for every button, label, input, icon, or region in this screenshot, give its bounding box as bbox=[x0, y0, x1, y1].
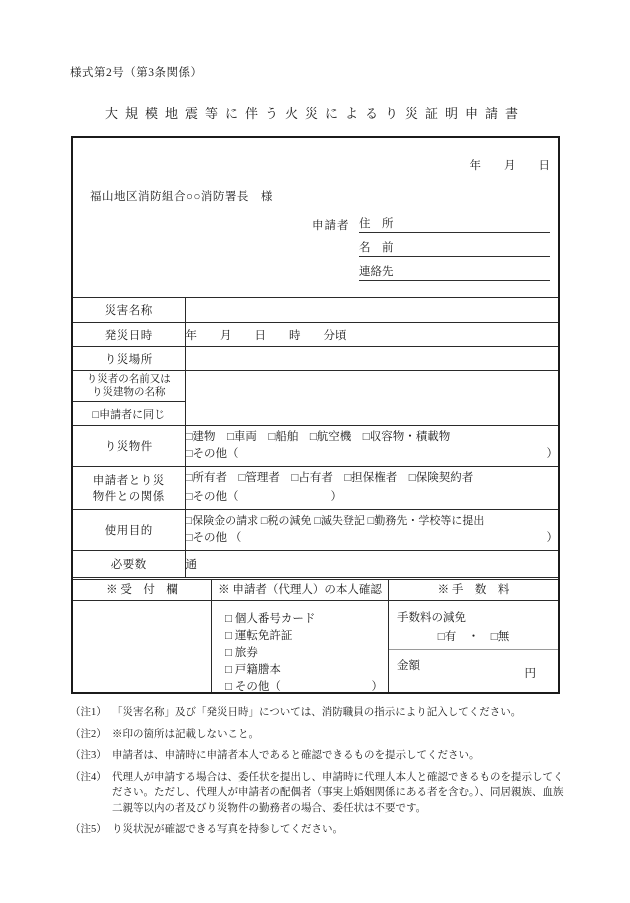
note-3: （注3） 申請者は、申請時に申請者本人であると確認できるものを提示してください。 bbox=[70, 748, 570, 764]
victim-name-label-line2: り災建物の名称 bbox=[73, 386, 185, 399]
purpose-options: □保険金の請求 □税の減免 □滅失登記 □勤務先・学校等に提出 bbox=[186, 513, 559, 530]
note-5-text: り災状況が確認できる写真を持参してください。 bbox=[112, 822, 570, 838]
disaster-name-value bbox=[185, 298, 558, 323]
address-label: 住 所 bbox=[359, 218, 394, 230]
date-line: 年 月 日 bbox=[470, 157, 551, 173]
note-3-number: （注3） bbox=[70, 748, 112, 764]
purpose-other-close: ） bbox=[547, 530, 559, 547]
reception-header: ※ 受 付 欄 bbox=[73, 580, 211, 601]
form-number: 様式第2号（第3条関係） bbox=[70, 64, 203, 80]
addressee: 福山地区消防組合○○消防署長 様 bbox=[90, 188, 273, 204]
name-label: 名 前 bbox=[359, 242, 394, 254]
identity-item-family-register: □ 戸籍謄本 bbox=[225, 662, 388, 679]
disaster-place-value bbox=[185, 347, 558, 371]
note-3-text: 申請者は、申請時に申請者本人であると確認できるものを提示してください。 bbox=[112, 748, 570, 764]
identity-item-mynumber-card: □ 個人番号カード bbox=[225, 611, 388, 628]
fee-amount-cell: 金額 円 bbox=[389, 650, 558, 692]
applicant-address-line: 住 所 bbox=[359, 215, 550, 233]
identity-item-passport: □ 旅券 bbox=[225, 645, 388, 662]
fee-cell: 手数料の減免 □有 ・ □無 金額 円 bbox=[389, 601, 558, 692]
relationship-value: □所有者 □管理者 □占有者 □担保権者 □保険契約者 □その他（ ） bbox=[185, 467, 558, 510]
row-label-disaster-name: 災害名称 bbox=[73, 298, 185, 323]
identity-other-label: □ その他（ bbox=[225, 679, 281, 696]
applicant-contact-line: 連絡先 bbox=[359, 263, 550, 281]
identity-item-other: □ その他（ ） bbox=[225, 679, 383, 696]
note-4: （注4） 代理人が申請する場合は、委任状を提出し、申請時に代理人本人と確認できる… bbox=[70, 770, 570, 817]
fee-waiver-label: 手数料の減免 bbox=[397, 609, 550, 625]
contact-label: 連絡先 bbox=[359, 266, 394, 278]
reception-field bbox=[73, 601, 211, 692]
relationship-other-label: □その他（ ） bbox=[186, 488, 559, 507]
notes-section: （注1） 「災害名称」及び「発災日時」については、消防職員の指示により記入してく… bbox=[70, 705, 570, 844]
note-1: （注1） 「災害名称」及び「発災日時」については、消防職員の指示により記入してく… bbox=[70, 705, 570, 721]
damaged-property-other-close: ） bbox=[547, 446, 559, 463]
fee-waiver-options: □有 ・ □無 bbox=[397, 628, 550, 644]
identity-check-list: □ 個人番号カード □ 運転免許証 □ 旅券 □ 戸籍謄本 □ その他（ ） bbox=[212, 601, 388, 696]
note-1-number: （注1） bbox=[70, 705, 112, 721]
fee-column: ※ 手 数 料 手数料の減免 □有 ・ □無 金額 円 bbox=[388, 580, 558, 692]
identity-other-close: ） bbox=[372, 679, 384, 696]
damaged-property-other-label: □その他（ bbox=[186, 446, 239, 463]
row-label-damaged-property: り災物件 bbox=[73, 426, 185, 467]
note-4-number: （注4） bbox=[70, 770, 112, 817]
note-4-text: 代理人が申請する場合は、委任状を提出し、申請時に代理人本人と確認できるものを提示… bbox=[112, 770, 570, 817]
note-5: （注5） り災状況が確認できる写真を持参してください。 bbox=[70, 822, 570, 838]
same-as-applicant-checkbox-label: □申請者に同じ bbox=[92, 409, 165, 421]
relationship-options: □所有者 □管理者 □占有者 □担保権者 □保険契約者 bbox=[186, 469, 559, 488]
application-form-box: 年 月 日 福山地区消防組合○○消防署長 様 申請者 住 所 名 前 連絡先 災… bbox=[71, 136, 560, 694]
row-label-outbreak-datetime: 発災日時 bbox=[73, 323, 185, 347]
row-label-relationship: 申請者とり災 物件との関係 bbox=[73, 467, 185, 510]
identity-item-drivers-license: □ 運転免許証 bbox=[225, 628, 388, 645]
damaged-property-options: □建物 □車両 □船舶 □航空機 □収容物・積載物 bbox=[186, 429, 559, 446]
note-2-text: ※印の箇所は記載しないこと。 bbox=[112, 727, 570, 743]
fee-header: ※ 手 数 料 bbox=[389, 580, 558, 601]
relationship-label-line2: 物件との関係 bbox=[73, 488, 185, 504]
note-1-text: 「災害名称」及び「発災日時」については、消防職員の指示により記入してください。 bbox=[112, 705, 570, 721]
row-label-disaster-place: り災場所 bbox=[73, 347, 185, 371]
row-label-copies-needed: 必要数 bbox=[73, 551, 185, 578]
reception-column: ※ 受 付 欄 bbox=[73, 580, 211, 692]
office-use-section: ※ 受 付 欄 ※ 申請者（代理人）の本人確認 □ 個人番号カード □ 運転免許… bbox=[73, 579, 558, 692]
purpose-value: □保険金の請求 □税の減免 □滅失登記 □勤務先・学校等に提出 □その他 （ ） bbox=[185, 510, 558, 551]
identity-check-column: ※ 申請者（代理人）の本人確認 □ 個人番号カード □ 運転免許証 □ 旅券 □… bbox=[211, 580, 388, 692]
page-title: 大規模地震等に伴う火災によるり災証明申請書 bbox=[0, 103, 630, 122]
document-page: 様式第2号（第3条関係） 大規模地震等に伴う火災によるり災証明申請書 年 月 日… bbox=[0, 0, 630, 903]
row-label-same-as-applicant: □申請者に同じ bbox=[73, 402, 185, 426]
applicant-name-line: 名 前 bbox=[359, 239, 550, 257]
fee-waiver-cell: 手数料の減免 □有 ・ □無 bbox=[389, 601, 558, 650]
fee-amount-unit: 円 bbox=[525, 665, 537, 681]
row-label-victim-name: り災者の名前又は り災建物の名称 bbox=[73, 371, 185, 402]
victim-name-value bbox=[185, 371, 558, 426]
note-5-number: （注5） bbox=[70, 822, 112, 838]
identity-check-header: ※ 申請者（代理人）の本人確認 bbox=[212, 580, 388, 601]
row-label-purpose: 使用目的 bbox=[73, 510, 185, 551]
outbreak-datetime-value: 年 月 日 時 分頃 bbox=[185, 323, 558, 347]
applicant-label: 申請者 bbox=[312, 217, 350, 233]
purpose-other-label: □その他 （ bbox=[186, 530, 242, 547]
note-2: （注2） ※印の箇所は記載しないこと。 bbox=[70, 727, 570, 743]
note-2-number: （注2） bbox=[70, 727, 112, 743]
victim-name-label-line1: り災者の名前又は bbox=[73, 373, 185, 386]
application-details-table: 災害名称 発災日時 年 月 日 時 分頃 り災場所 り災者の名前又は り災建物の… bbox=[73, 297, 558, 578]
copies-needed-value: 通 bbox=[185, 551, 558, 578]
damaged-property-value: □建物 □車両 □船舶 □航空機 □収容物・積載物 □その他（ ） bbox=[185, 426, 558, 467]
relationship-label-line1: 申請者とり災 bbox=[73, 472, 185, 488]
